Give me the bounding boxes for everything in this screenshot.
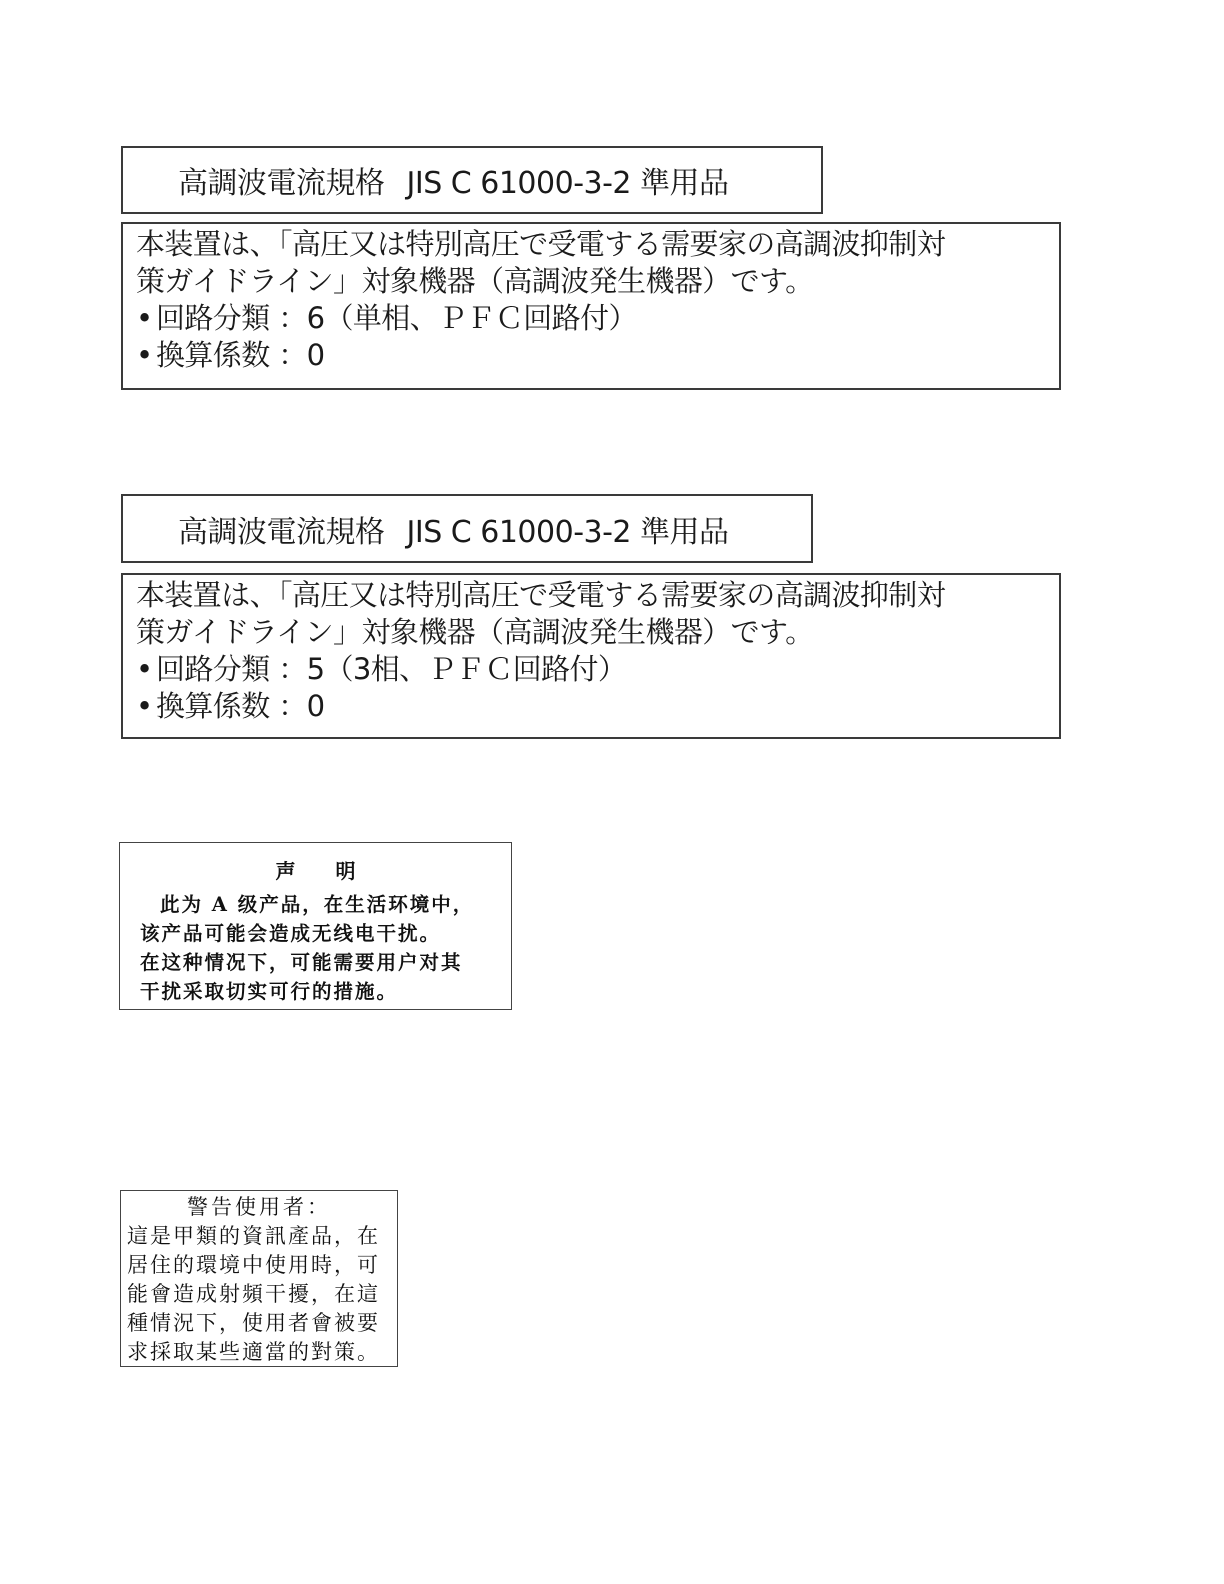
jp-notice-1-title-name: 高調波電流規格 [178,158,385,202]
jp-notice-2-circuit-class: •回路分類 ：5（3相、ＰＦＣ回路付） [136,651,1059,688]
jp-notice-2-title-box: 高調波電流規格 JIS C 61000-3-2 準用品 [121,494,813,563]
cn-statement-line-1: 此为 A 级产品，在生活环境中， [120,890,511,919]
cn-statement-line-3: 在这种情况下，可能需要用户对其 [120,948,511,977]
bullet-icon: • [136,300,156,337]
tw-warning-title: 警告使用者： [121,1193,397,1222]
tw-warning-line-1: 這是甲類的資訊產品，在 [121,1222,397,1251]
bullet-icon: • [136,337,156,374]
jp-notice-2-line-1: 本装置は、「高圧又は特別高圧で受電する需要家の高調波抑制対 [136,577,1059,614]
jp-notice-2-conversion-factor: •換算係数 ：0 [136,688,1059,725]
jp-notice-1-conversion-factor-text: 換算係数 ：0 [156,338,324,372]
jp-notice-1-title-standard: JIS C 61000-3-2 準用品 [407,158,729,202]
tw-warning-line-3: 能會造成射頻干擾，在這 [121,1280,397,1309]
jp-notice-1-title-box: 高調波電流規格 JIS C 61000-3-2 準用品 [121,146,823,214]
tw-warning-line-4: 種情況下，使用者會被要 [121,1309,397,1338]
jp-notice-2-body-box: 本装置は、「高圧又は特別高圧で受電する需要家の高調波抑制対 策ガイドライン」対象… [121,573,1061,739]
tw-class-a-warning-box: 警告使用者： 這是甲類的資訊產品，在 居住的環境中使用時，可 能會造成射頻干擾，… [120,1190,398,1367]
cn-class-a-statement-box: 声明 此为 A 级产品，在生活环境中， 该产品可能会造成无线电干扰。 在这种情况… [119,842,512,1010]
bullet-icon: • [136,651,156,688]
jp-notice-1-circuit-class-text: 回路分類 ：6（単相、ＰＦＣ回路付） [156,301,637,335]
jp-notice-1-conversion-factor: •換算係数 ：0 [136,337,1059,374]
cn-statement-line-2: 该产品可能会造成无线电干扰。 [120,919,511,948]
jp-notice-2-title-name: 高調波電流規格 [178,507,385,551]
jp-notice-1-circuit-class: •回路分類 ：6（単相、ＰＦＣ回路付） [136,300,1059,337]
jp-notice-1-line-2: 策ガイドライン」対象機器（高調波発生機器）です。 [136,263,1059,300]
jp-notice-2-title-standard: JIS C 61000-3-2 準用品 [407,507,729,551]
jp-notice-2-line-2: 策ガイドライン」対象機器（高調波発生機器）です。 [136,614,1059,651]
jp-notice-2-conversion-factor-text: 換算係数 ：0 [156,689,324,723]
jp-notice-2-circuit-class-text: 回路分類 ：5（3相、ＰＦＣ回路付） [156,652,626,686]
tw-warning-line-5: 求採取某些適當的對策。 [121,1338,397,1367]
cn-statement-line-4: 干扰采取切实可行的措施。 [120,977,511,1006]
cn-statement-title: 声明 [120,855,511,884]
tw-warning-line-2: 居住的環境中使用時，可 [121,1251,397,1280]
jp-notice-1-line-1: 本装置は、「高圧又は特別高圧で受電する需要家の高調波抑制対 [136,226,1059,263]
bullet-icon: • [136,688,156,725]
jp-notice-1-body-box: 本装置は、「高圧又は特別高圧で受電する需要家の高調波抑制対 策ガイドライン」対象… [121,222,1061,390]
